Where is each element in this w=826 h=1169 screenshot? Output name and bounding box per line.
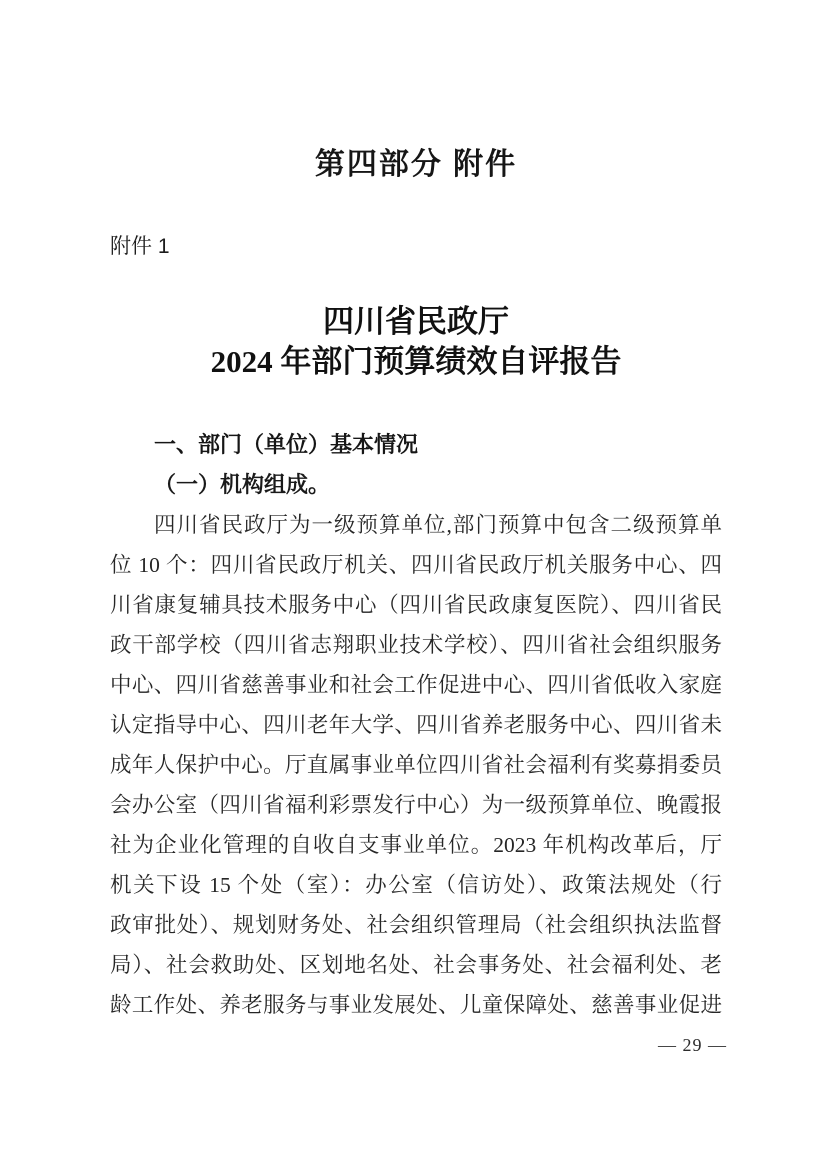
attachment-label: 附件 1 [110, 234, 722, 260]
sub-heading: （一）机构组成。 [110, 465, 722, 505]
body-line: 成年人保护中心。厅直属事业单位四川省社会福利有奖募捐委员 [110, 745, 722, 785]
body-line: 会办公室（四川省福利彩票发行中心）为一级预算单位、晚霞报 [110, 785, 722, 825]
body-line: 认定指导中心、四川老年大学、四川省养老服务中心、四川省未 [110, 705, 722, 745]
body-line: 龄工作处、养老服务与事业发展处、儿童保障处、慈善事业促进 [110, 985, 722, 1025]
report-title-line1: 四川省民政厅 [110, 302, 722, 342]
body-line: 局）、社会救助处、区划地名处、社会事务处、社会福利处、老 [110, 945, 722, 985]
body-line: 川省康复辅具技术服务中心（四川省民政康复医院）、四川省民 [110, 585, 722, 625]
body-line: 机关下设 15 个处（室）：办公室（信访处）、政策法规处（行 [110, 865, 722, 905]
body-line: 中心、四川省慈善事业和社会工作促进中心、四川省低收入家庭 [110, 665, 722, 705]
document-content: 第四部分 附件 附件 1 四川省民政厅 2024 年部门预算绩效自评报告 一、部… [0, 146, 826, 1025]
body-line: 社为企业化管理的自收自支事业单位。2023 年机构改革后，厅 [110, 825, 722, 865]
section-heading: 一、部门（单位）基本情况 [110, 425, 722, 465]
report-title-line2: 2024 年部门预算绩效自评报告 [110, 342, 722, 382]
report-title: 四川省民政厅 2024 年部门预算绩效自评报告 [110, 302, 722, 382]
body-line: 政审批处）、规划财务处、社会组织管理局（社会组织执法监督 [110, 905, 722, 945]
document-page: 第四部分 附件 附件 1 四川省民政厅 2024 年部门预算绩效自评报告 一、部… [0, 0, 826, 1169]
page-number: — 29 — [658, 1034, 727, 1056]
body-line: 政干部学校（四川省志翔职业技术学校）、四川省社会组织服务 [110, 625, 722, 665]
body-line: 四川省民政厅为一级预算单位,部门预算中包含二级预算单 [110, 505, 722, 545]
part-title: 第四部分 附件 [110, 146, 722, 184]
body-line: 位 10 个：四川省民政厅机关、四川省民政厅机关服务中心、四 [110, 545, 722, 585]
body-paragraph: 四川省民政厅为一级预算单位,部门预算中包含二级预算单 位 10 个：四川省民政厅… [110, 505, 722, 1025]
